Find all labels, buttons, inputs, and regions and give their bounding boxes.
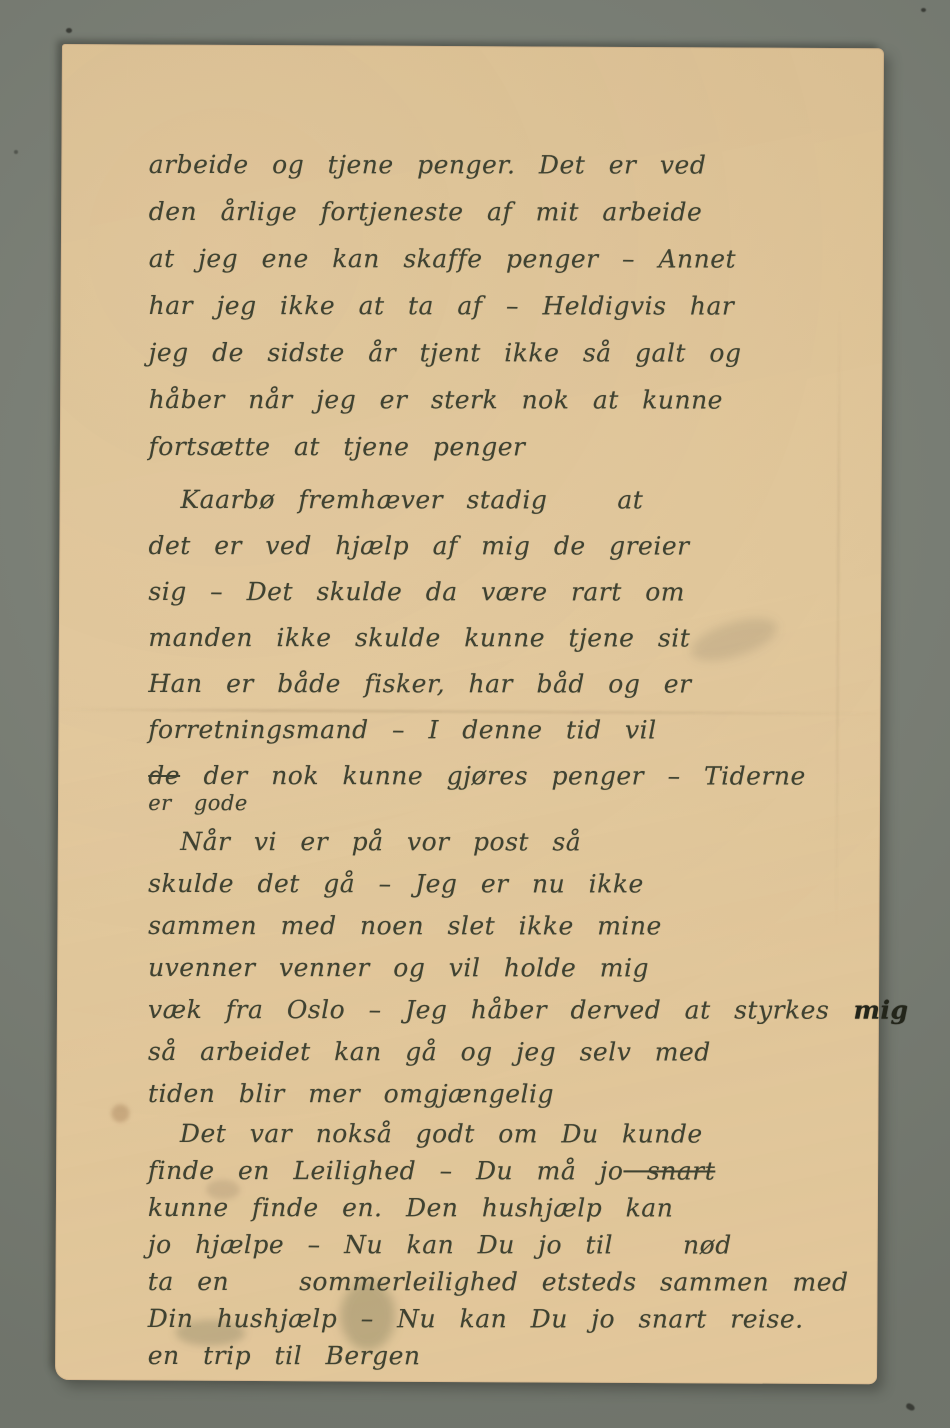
letter-line: forretningsmand – I denne tid vil xyxy=(148,707,854,754)
letter-segment: Kaarbø fremhæver stadig xyxy=(180,485,547,514)
letter-line: væk fra Oslo – Jeg håber derved at styrk… xyxy=(148,989,854,1032)
letter-segment: finde en Leilighed – Du må jo xyxy=(148,1156,624,1185)
letter-line: sig – Det skulde da være rart om xyxy=(148,569,854,616)
letter-segment: har jeg ikke at ta af – Heldigvis har xyxy=(149,291,735,321)
letter-segment: det er ved hjælp af mig de greier xyxy=(148,531,689,560)
letter-line: manden ikke skulde kunne tjene sit xyxy=(148,615,854,662)
letter-line: sammen med noen slet ikke mine xyxy=(148,905,854,948)
letter-line: Din hushjælp – Nu kan Du jo snart reise. xyxy=(148,1300,854,1338)
letter-segment: den årlige fortjeneste af mit arbeide xyxy=(149,197,703,226)
letter-segment: så arbeidet kan gå og jeg selv med xyxy=(148,1037,711,1066)
dust-speck xyxy=(905,1402,916,1411)
letter-segment: jeg de sidste år tjent ikke så galt og xyxy=(149,338,742,368)
letter-line: Kaarbø fremhæver stadigat xyxy=(148,477,854,524)
letter-line: Det var nokså godt om Du kunde xyxy=(148,1115,854,1153)
letter-segment: at jeg ene kan skaffe penger – Annet xyxy=(149,244,736,274)
letter-line: den årlige fortjeneste af mit arbeide xyxy=(149,188,855,236)
letter-line: Når vi er på vor post så xyxy=(148,821,854,864)
struck-word: snart xyxy=(623,1156,715,1185)
letter-line: tiden blir mer omgjængelig xyxy=(148,1073,854,1116)
letter-segment: nød xyxy=(683,1230,732,1259)
letter-segment: ta en xyxy=(148,1267,229,1296)
letter-sheet: arbeide og tjene penger. Det er vedden å… xyxy=(55,44,884,1384)
letter-line: fortsætte at tjene penger xyxy=(149,423,855,471)
dust-speck xyxy=(921,8,926,12)
letter-segment: uvenner venner og vil holde mig xyxy=(148,953,649,982)
letter-segment: Når vi er på vor post så xyxy=(180,827,581,856)
letter-line: at jeg ene kan skaffe penger – Annet xyxy=(149,235,855,283)
letter-segment: Han er både fisker, har båd og er xyxy=(148,669,691,698)
letter-segment: Det var nokså godt om Du kunde xyxy=(180,1119,703,1148)
letter-segment: fortsætte at tjene penger xyxy=(149,432,526,461)
letter-line: kunne finde en. Den hushjælp kan xyxy=(148,1189,854,1227)
letter-segment: at xyxy=(617,485,643,514)
dust-speck xyxy=(66,28,72,33)
dust-speck xyxy=(14,150,18,154)
letter-segment: en trip til Bergen xyxy=(148,1341,421,1370)
letter-paragraph: arbeide og tjene penger. Det er vedden å… xyxy=(149,141,855,471)
letter-segment: håber når jeg er sterk nok at kunne xyxy=(149,385,723,415)
letter-line: har jeg ikke at ta af – Heldigvis har xyxy=(149,282,855,330)
letter-paragraph: Det var nokså godt om Du kundefinde en L… xyxy=(148,1115,854,1375)
letter-segment: jo hjælpe – Nu kan Du jo til xyxy=(148,1230,613,1259)
letter-line: ta ensommerleilighed etsteds sammen med xyxy=(148,1263,854,1301)
paper-stain xyxy=(111,1104,129,1122)
letter-line: en trip til Bergen xyxy=(148,1337,854,1375)
letter-body: arbeide og tjene penger. Det er vedden å… xyxy=(148,141,855,1375)
letter-segment: skulde det gå – Jeg er nu ikke xyxy=(148,869,644,898)
letter-paragraph: Kaarbø fremhæver stadigatdet er ved hjæl… xyxy=(148,477,854,820)
letter-segment: arbeide og tjene penger. Det er ved xyxy=(149,150,707,179)
letter-segment: kunne finde en. Den hushjælp kan xyxy=(148,1193,673,1222)
struck-word: de xyxy=(148,761,180,790)
letter-line: jeg de sidste år tjent ikke så galt og xyxy=(149,329,855,377)
letter-line: uvenner venner og vil holde mig xyxy=(148,947,854,990)
letter-line: de der nok kunne gjøres penger – Tiderne xyxy=(148,753,854,800)
letter-line: Han er både fisker, har båd og er xyxy=(148,661,854,708)
letter-segment: væk fra Oslo – Jeg håber derved at styrk… xyxy=(148,995,829,1025)
letter-line: så arbeidet kan gå og jeg selv med xyxy=(148,1031,854,1074)
letter-segment: tiden blir mer omgjængelig xyxy=(148,1079,554,1108)
letter-segment: forretningsmand – I denne tid vil xyxy=(148,715,656,744)
letter-segment: Din hushjælp – Nu kan Du jo snart reise. xyxy=(148,1304,804,1334)
letter-segment: der nok kunne gjøres penger – Tiderne xyxy=(180,761,806,791)
letter-line: finde en Leilighed – Du må jo snart xyxy=(148,1152,854,1190)
letter-segment: sig – Det skulde da være rart om xyxy=(148,577,685,606)
photograph-backdrop: arbeide og tjene penger. Det er vedden å… xyxy=(0,0,950,1428)
letter-segment: sommerleilighed etsteds sammen med xyxy=(299,1267,848,1296)
letter-segment: manden ikke skulde kunne tjene sit xyxy=(148,623,690,652)
letter-line: det er ved hjælp af mig de greier xyxy=(148,523,854,570)
letter-paragraph: Når vi er på vor post såskulde det gå – … xyxy=(148,821,854,1116)
letter-line: arbeide og tjene penger. Det er ved xyxy=(149,141,855,189)
letter-segment: er gode xyxy=(148,791,248,815)
letter-segment: sammen med noen slet ikke mine xyxy=(148,911,662,940)
letter-segment: mig xyxy=(829,996,908,1025)
letter-line: jo hjælpe – Nu kan Du jo tilnød xyxy=(148,1226,854,1264)
letter-line: håber når jeg er sterk nok at kunne xyxy=(149,376,855,424)
letter-line: skulde det gå – Jeg er nu ikke xyxy=(148,863,854,906)
